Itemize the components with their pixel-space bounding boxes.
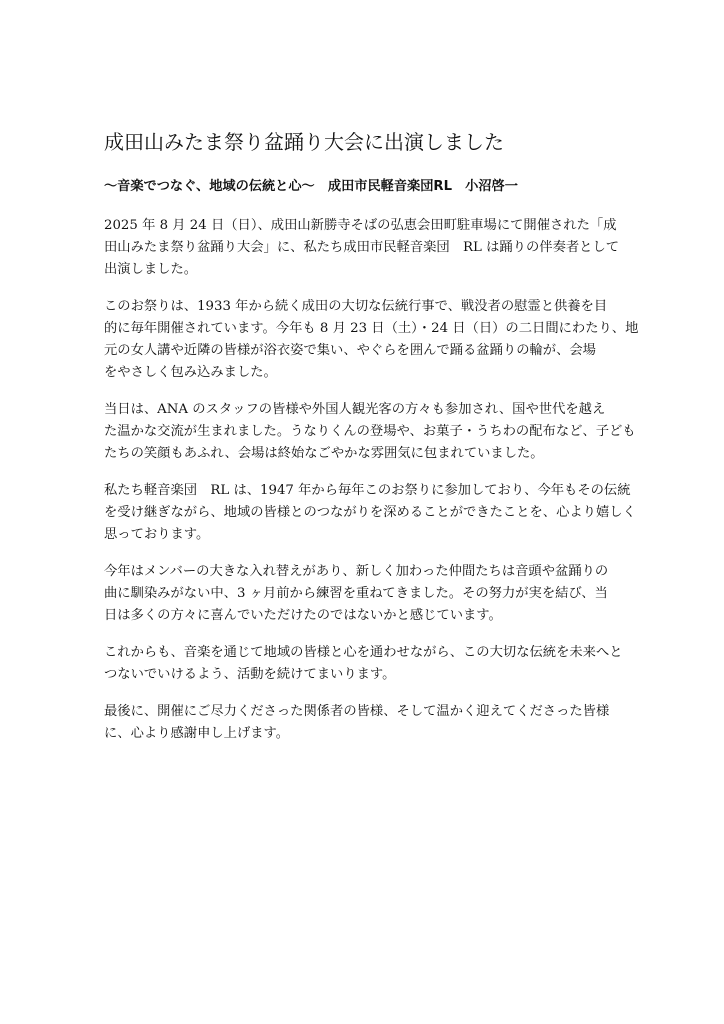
- paragraph-event-day: 当日は、ANA のスタッフの皆様や外国人観光客の方々も参加され、国や世代を越え …: [104, 399, 624, 465]
- text-line: に、心より感謝申し上げます。: [104, 723, 624, 745]
- paragraph-thanks: 最後に、開催にご尽力くださった関係者の皆様、そして温かく迎えてくださった皆様 に…: [104, 701, 624, 745]
- text-line: 当日は、ANA のスタッフの皆様や外国人観光客の方々も参加され、国や世代を越え: [104, 399, 624, 421]
- paragraph-members-practice: 今年はメンバーの大きな入れ替えがあり、新しく加わった仲間たちは音頭や盆踊りの 曲…: [104, 561, 624, 627]
- text-line: 思っております。: [104, 524, 624, 546]
- text-line: 出演しました。: [104, 259, 624, 281]
- text-line: 的に毎年開催されています。今年も 8 月 23 日（土）・24 日（日）の二日間…: [104, 318, 624, 340]
- text-line: 曲に馴染みがない中、3 ヶ月前から練習を重ねてきました。その努力が実を結び、当: [104, 583, 624, 605]
- text-line: た温かな交流が生まれました。うなりくんの登場や、お菓子・うちわの配布など、子ども: [104, 421, 624, 443]
- text-line: をやさしく包み込みました。: [104, 362, 624, 384]
- paragraph-event-report: 2025 年 8 月 24 日（日）、成田山新勝寺そばの弘恵会田町駐車場にて開催…: [104, 215, 624, 281]
- text-line: これからも、音楽を通じて地域の皆様と心を通わせながら、この大切な伝統を未来へと: [104, 642, 624, 664]
- text-line: たちの笑顔もあふれ、会場は終始なごやかな雰囲気に包まれていました。: [104, 443, 624, 465]
- text-line: を受け継ぎながら、地域の皆様とのつながりを深めることができたことを、心より嬉しく: [104, 502, 624, 524]
- paragraph-festival-history: このお祭りは、1933 年から続く成田の大切な伝統行事で、戦没者の慰霊と供養を目…: [104, 296, 624, 384]
- document-page: 成田山みたま祭り盆踊り大会に出演しました ～音楽でつなぐ、地域の伝統と心～ 成田…: [104, 127, 624, 760]
- document-subtitle: ～音楽でつなぐ、地域の伝統と心～ 成田市民軽音楽団RL 小沼啓一: [104, 177, 624, 197]
- text-line: つないでいけるよう、活動を続けてまいります。: [104, 664, 624, 686]
- text-line: 元の女人講や近隣の皆様が浴衣姿で集い、やぐらを囲んで踊る盆踊りの輪が、会場: [104, 340, 624, 362]
- text-line: 最後に、開催にご尽力くださった関係者の皆様、そして温かく迎えてくださった皆様: [104, 701, 624, 723]
- text-line: 田山みたま祭り盆踊り大会」に、私たち成田市民軽音楽団 RL は踊りの伴奏者として: [104, 237, 624, 259]
- text-line: 日は多くの方々に喜んでいただけたのではないかと感じています。: [104, 605, 624, 627]
- paragraph-future: これからも、音楽を通じて地域の皆様と心を通わせながら、この大切な伝統を未来へと …: [104, 642, 624, 686]
- text-line: このお祭りは、1933 年から続く成田の大切な伝統行事で、戦没者の慰霊と供養を目: [104, 296, 624, 318]
- text-line: 今年はメンバーの大きな入れ替えがあり、新しく加わった仲間たちは音頭や盆踊りの: [104, 561, 624, 583]
- document-title: 成田山みたま祭り盆踊り大会に出演しました: [104, 127, 624, 157]
- paragraph-band-participation: 私たち軽音楽団 RL は、1947 年から毎年このお祭りに参加しており、今年もそ…: [104, 480, 624, 546]
- text-line: 私たち軽音楽団 RL は、1947 年から毎年このお祭りに参加しており、今年もそ…: [104, 480, 624, 502]
- text-line: 2025 年 8 月 24 日（日）、成田山新勝寺そばの弘恵会田町駐車場にて開催…: [104, 215, 624, 237]
